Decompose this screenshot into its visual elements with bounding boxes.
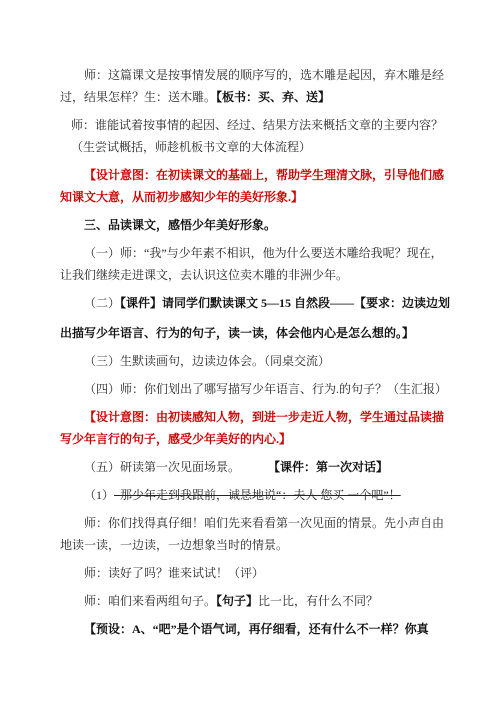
text-line: （1） 那少年走到我跟前，诚恳地说“：夫人 您买 一个吧”！: [60, 484, 442, 506]
text-segment: 师：谁能试着按事情的起因、经过、结果方法来概括文章的主要内容？: [71, 118, 443, 132]
text-line: （四）师：你们划出了哪写描写少年语言、行为.的句子？（生汇报）: [60, 378, 442, 400]
text-line: 【预设：A、“吧”是个语气词，再仔细看，还有什么不一样？你真: [60, 618, 442, 640]
paragraph-section-three-title: 三、品读课文，感悟少年美好形象。: [60, 214, 442, 236]
paragraph-teacher-compare-sentences: 师：咱们来看两组句子。【句子】比一比，有什么不同？: [60, 590, 442, 612]
text-segment: （五）研读第一次见面场景。: [84, 460, 240, 474]
bold-text-segment: 【预设：A、“吧”是个语气词，再仔细看，还有什么不一样？你真: [84, 622, 429, 636]
text-line: 【设计意图：在初读课文的基础上，帮助学生理清文脉，引导他们感: [60, 164, 442, 186]
bold-text-segment: 【课件：第一次对话】: [274, 460, 388, 474]
paragraph-step-one: （一）师：“我”与少年素不相识，他为什么要送木雕给我呢？现在，让我们继续走进课文…: [60, 242, 442, 286]
paragraph-step-two-courseware: （二）【课件】请同学们默读课文 5—15 自然段——【要求：边读边划出描写少年语…: [60, 292, 442, 344]
text-segment: （1）: [84, 488, 114, 502]
text-line: 师：你们找得真仔细！咱们先来看看第一次见面的情景。先小声自由: [60, 512, 442, 534]
design-intent-text: 写少年言行的句子，感受少年美好的内心.】: [60, 432, 291, 446]
struck-text-segment: 那少年走到我跟前，诚恳地说“：夫人 您买 一个吧”！: [114, 488, 401, 502]
text-segment: （一）师：“我”与少年素不相识，他为什么要送木雕给我呢？现在，: [84, 246, 443, 260]
text-line: 师：谁能试着按事情的起因、经过、结果方法来概括文章的主要内容？: [60, 114, 442, 136]
text-line: 让我们继续走进课文，去认识这位卖木雕的非洲少年。: [60, 264, 442, 286]
paragraph-step-four: （四）师：你们划出了哪写描写少年语言、行为.的句子？（生汇报）: [60, 378, 442, 400]
text-line: 三、品读课文，感悟少年美好形象。: [60, 214, 442, 236]
design-intent-text: 知课文大意，从而初步感知少年的美好形象.】: [60, 190, 303, 204]
text-segment: （生尝试概括，师趁机板书文章的大体流程）: [71, 140, 311, 154]
bold-text-segment: 【板书：买、弃、送】: [216, 90, 330, 104]
text-line: 出描写少年语言、行为的句子，读一读，体会他内心是怎么想的。】: [60, 322, 442, 344]
bold-text-segment: 三、品读课文，感悟少年美好形象。: [84, 218, 276, 232]
text-line: 师：读好了吗？谁来试试！（评）: [60, 562, 442, 584]
text-line: （二）【课件】请同学们默读课文 5—15 自然段——【要求：边读边划: [60, 292, 442, 314]
document-page: 师：这篇课文是按事情发展的顺序写的，选木雕是起因，弃木雕是经过，结果怎样？生：送…: [0, 0, 500, 707]
text-segment: 师：这篇课文是按事情发展的顺序写的，选木雕是起因，弃木雕是经: [84, 68, 444, 82]
text-line: 师：咱们来看两组句子。【句子】比一比，有什么不同？: [60, 590, 442, 612]
text-line: 过，结果怎样？生：送木雕。【板书：买、弃、送】: [60, 86, 442, 108]
paragraph-teacher-try-read: 师：读好了吗？谁来试试！（评）: [60, 562, 442, 584]
paragraph-step-three: （三）生默读画句，边读边体会。（同桌交流）: [60, 350, 442, 372]
text-segment: 比一比，有什么不同？: [258, 594, 378, 608]
design-intent-text: 【设计意图：在初读课文的基础上，帮助学生理清文脉，引导他们感: [84, 168, 444, 182]
paragraph-design-intent-2: 【设计意图：由初读感知人物，到进一步走近人物，学生通过品读描写少年言行的句子，感…: [60, 406, 442, 450]
lesson-plan-body: 师：这篇课文是按事情发展的顺序写的，选木雕是起因，弃木雕是经过，结果怎样？生：送…: [0, 0, 500, 646]
text-line: （一）师：“我”与少年素不相识，他为什么要送木雕给我呢？现在，: [60, 242, 442, 264]
bold-text-segment: 【句子】: [216, 594, 258, 608]
text-line: （五）研读第一次见面场景。【课件：第一次对话】: [60, 456, 442, 478]
text-segment: 地读一读，一边读，一边想象当时的情景。: [60, 538, 288, 552]
paragraph-sentence-one-struck: （1） 那少年走到我跟前，诚恳地说“：夫人 您买 一个吧”！: [60, 484, 442, 506]
bold-text-segment: 【课件】请同学们默读课文 5—15 自然段——【要求：边读边划: [120, 296, 450, 310]
paragraph-teacher-order-summary: 师：这篇课文是按事情发展的顺序写的，选木雕是起因，弃木雕是经过，结果怎样？生：送…: [60, 64, 442, 108]
text-segment: （三）生默读画句，边读边体会。（同桌交流）: [84, 354, 330, 368]
text-segment: 师：你们找得真仔细！咱们先来看看第一次见面的情景。先小声自由: [84, 516, 444, 530]
text-segment: （四）师：你们划出了哪写描写少年语言、行为.的句子？（生汇报）: [84, 382, 447, 396]
paragraph-preset-answer: 【预设：A、“吧”是个语气词，再仔细看，还有什么不一样？你真: [60, 618, 442, 640]
text-line: 写少年言行的句子，感受少年美好的内心.】: [60, 428, 442, 450]
text-segment: 过，结果怎样？生：送木雕。: [60, 90, 216, 104]
text-line: （生尝试概括，师趁机板书文章的大体流程）: [60, 136, 442, 158]
text-line: 【设计意图：由初读感知人物，到进一步走近人物，学生通过品读描: [60, 406, 442, 428]
paragraph-step-five: （五）研读第一次见面场景。【课件：第一次对话】: [60, 456, 442, 478]
paragraph-teacher-summarize-prompt: 师：谁能试着按事情的起因、经过、结果方法来概括文章的主要内容？（生尝试概括，师趁…: [60, 114, 442, 158]
text-line: （三）生默读画句，边读边体会。（同桌交流）: [60, 350, 442, 372]
text-line: 知课文大意，从而初步感知少年的美好形象.】: [60, 186, 442, 208]
text-segment: 师：读好了吗？谁来试试！（评）: [84, 566, 264, 580]
text-line: 师：这篇课文是按事情发展的顺序写的，选木雕是起因，弃木雕是经: [60, 64, 442, 86]
paragraph-design-intent-1: 【设计意图：在初读课文的基础上，帮助学生理清文脉，引导他们感知课文大意，从而初步…: [60, 164, 442, 208]
text-line: 地读一读，一边读，一边想象当时的情景。: [60, 534, 442, 556]
paragraph-teacher-first-meeting: 师：你们找得真仔细！咱们先来看看第一次见面的情景。先小声自由地读一读，一边读，一…: [60, 512, 442, 556]
text-segment: （二）: [84, 296, 120, 310]
design-intent-text: 【设计意图：由初读感知人物，到进一步走近人物，学生通过品读描: [84, 410, 444, 424]
bold-text-segment: 出描写少年语言、行为的句子，读一读，体会他内心是怎么想的。】: [60, 326, 414, 340]
text-segment: 让我们继续走进课文，去认识这位卖木雕的非洲少年。: [60, 268, 348, 282]
text-segment: 师：咱们来看两组句子。: [84, 594, 216, 608]
